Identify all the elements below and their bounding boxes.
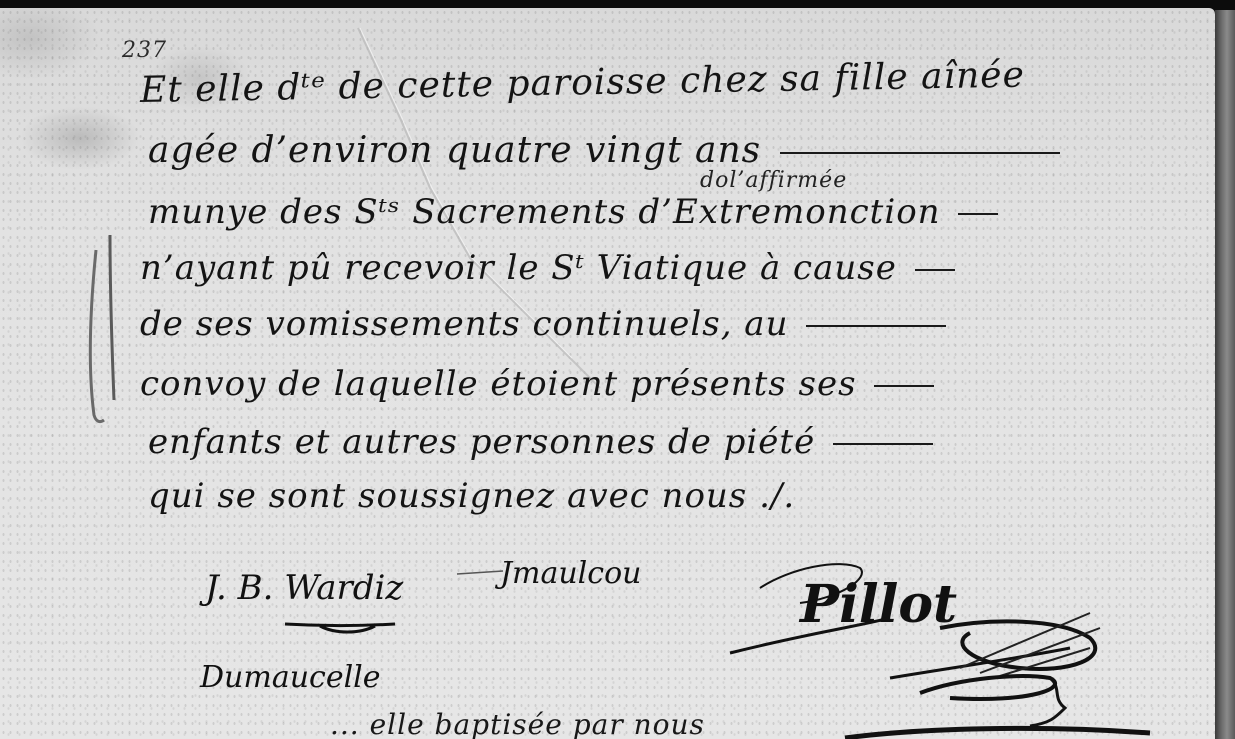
line-text: enfants et autres personnes de piété (148, 422, 815, 462)
line-text: Et elle dᵗᵉ de cette paroisse chez sa fi… (140, 55, 1026, 111)
next-entry-partial-line: ... elle baptisée par nous (330, 708, 705, 739)
document-scan: 237 Et elle dᵗᵉ de cette paroisse chez s… (0, 0, 1235, 739)
signature-dumaucelle: Dumaucelle (200, 660, 381, 695)
text-line-8: qui se sont soussignez avec nous ./. (148, 476, 795, 516)
signature-priest-pillot: Pillot (800, 574, 957, 635)
text-line-4: n’ayant pû recevoir le Sᵗ Viatique à cau… (140, 248, 955, 288)
line-text: de ses vomissements continuels, au (140, 304, 788, 344)
insert-text: dol’affirmée (700, 168, 847, 193)
interlinear-insert: dol’affirmée (700, 168, 847, 193)
line-filler-rule (780, 152, 1060, 154)
text-line-7: enfants et autres personnes de piété (148, 422, 933, 462)
line-text: convoy de laquelle étoient présents ses (140, 364, 857, 404)
page-number: 237 (122, 38, 167, 63)
text-line-1: Et elle dᵗᵉ de cette paroisse chez sa fi… (140, 55, 1026, 111)
line-filler-rule (958, 213, 998, 215)
signature-underline (280, 616, 400, 636)
line-text: agée d’environ quatre vingt ans (148, 130, 761, 171)
text-line-6: convoy de laquelle étoient présents ses (140, 364, 934, 404)
text-line-2: agée d’environ quatre vingt ans (148, 130, 1060, 171)
line-filler-rule (833, 443, 933, 445)
line-text: ... elle baptisée par nous (330, 708, 705, 739)
margin-bracket-mark (86, 230, 116, 425)
text-line-5: de ses vomissements continuels, au (140, 304, 946, 344)
line-filler-rule (806, 325, 946, 327)
bottom-ink-stroke (840, 723, 1160, 739)
line-text: qui se sont soussignez avec nous ./. (148, 476, 795, 516)
text-line-3: munye des Sᵗˢ Sacrements d’Extremonction (148, 192, 998, 232)
line-filler-rule (874, 385, 934, 387)
signature-wardiz: J. B. Wardiz (205, 568, 403, 608)
line-text: munye des Sᵗˢ Sacrements d’Extremonction (148, 192, 941, 232)
register-page: 237 Et elle dᵗᵉ de cette paroisse chez s… (0, 8, 1215, 739)
line-text: n’ayant pû recevoir le Sᵗ Viatique à cau… (140, 248, 897, 288)
book-binding-edge (1215, 10, 1235, 739)
signature-dash (455, 568, 505, 578)
signature-jmaulcou: Jmaulcou (500, 556, 641, 591)
line-filler-rule (915, 269, 955, 271)
